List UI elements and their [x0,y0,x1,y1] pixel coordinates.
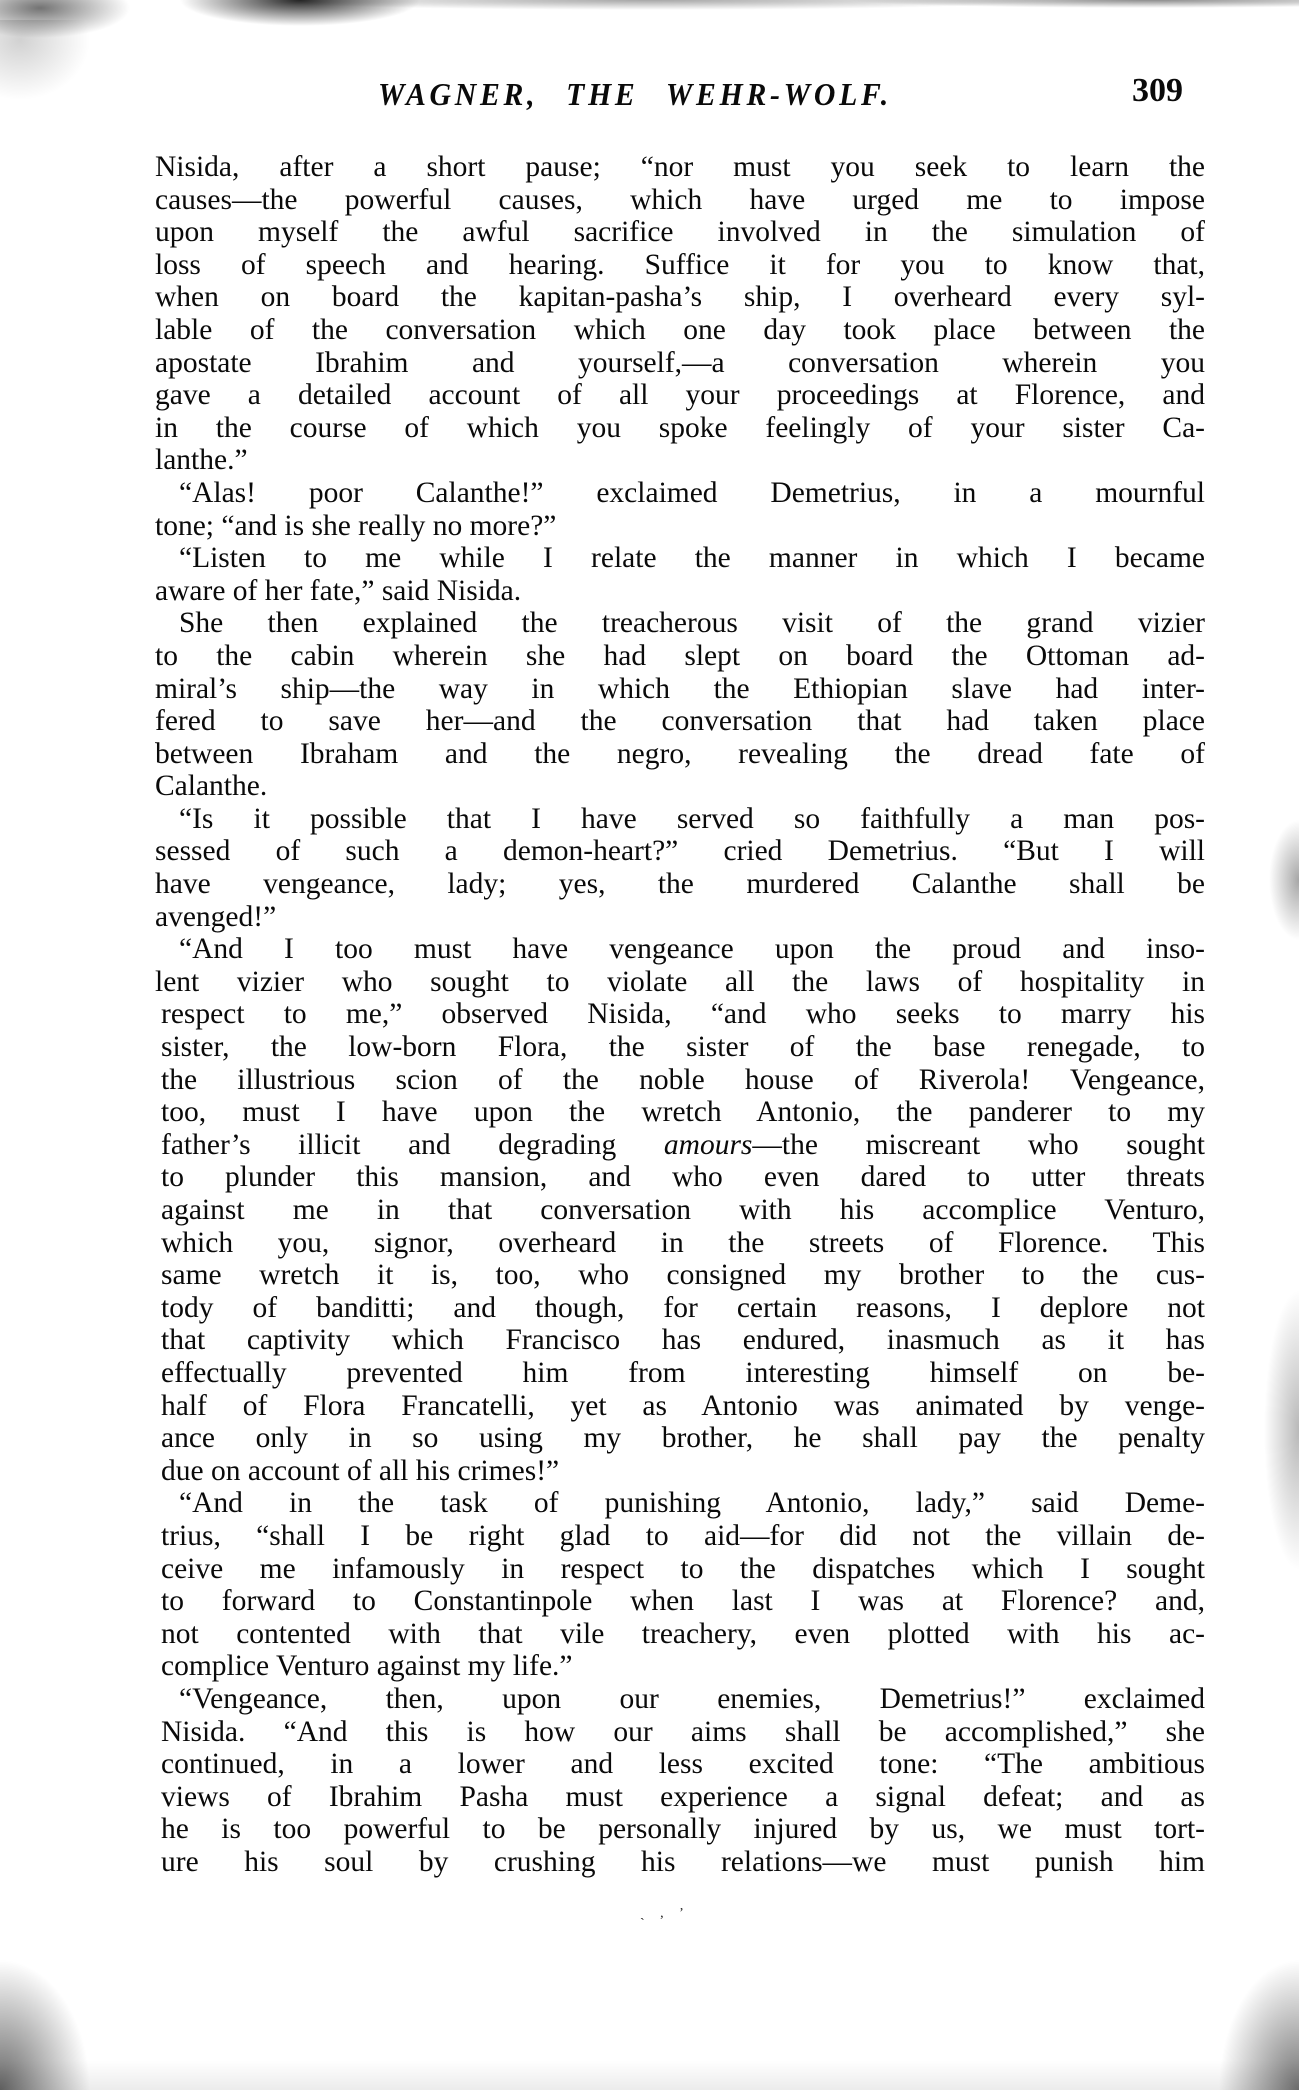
text-line: ance only in so using my brother, he sha… [155,1422,1205,1455]
text-line: “Vengeance, then, upon our enemies, Deme… [155,1683,1205,1716]
text-line: gave a detailed account of all your proc… [155,379,1205,412]
scan-noise-bottom-right [1160,1940,1299,2090]
text-line: “Is it possible that I have served so fa… [155,803,1205,836]
text-line: too, must I have upon the wretch Antonio… [155,1096,1205,1129]
stray-print-mark: ˎ , ʼ [640,1906,690,1922]
text-line: father’s illicit and degrading amours—th… [155,1129,1205,1162]
scan-noise-top [0,0,1299,44]
text-line: to plunder this mansion, and who even da… [155,1161,1205,1194]
text-line: ceive me infamously in respect to the di… [155,1553,1205,1586]
text-line: not contented with that vile treachery, … [155,1618,1205,1651]
text-line: respect to me,” observed Nisida, “and wh… [155,998,1205,1031]
text-line: same wretch it is, too, who consigned my… [155,1259,1205,1292]
text-line: “Alas! poor Calanthe!” exclaimed Demetri… [155,477,1205,510]
text-line: tone; “and is she really no more?” [155,510,1205,543]
text-line: “And I too must have vengeance upon the … [155,933,1205,966]
text-line: which you, signor, overheard in the stre… [155,1227,1205,1260]
text-line: She then explained the treacherous visit… [155,607,1205,640]
running-head: Wagner, the Wehr-Wolf. 309 [0,72,1299,116]
text-line: he is too powerful to be personally inju… [155,1813,1205,1846]
text-line: lanthe.” [155,444,1205,477]
text-line: to forward to Constantinpole when last I… [155,1585,1205,1618]
text-line: sessed of such a demon-heart?” cried Dem… [155,835,1205,868]
text-line: ure his soul by crushing his relations—w… [155,1846,1205,1879]
text-line: have vengeance, lady; yes, the murdered … [155,868,1205,901]
page-number: 309 [1132,72,1183,110]
text-line: Nisida. “And this is how our aims shall … [155,1716,1205,1749]
text-line: fered to save her—and the conversation t… [155,705,1205,738]
text-line: Calanthe. [155,770,1205,803]
text-line: miral’s ship—the way in which the Ethiop… [155,673,1205,706]
italic-word: amours [664,1129,753,1161]
scan-noise-bottom-left [0,1930,150,2090]
text-line: complice Venturo against my life.” [155,1650,1205,1683]
text-line: against me in that conversation with his… [155,1194,1205,1227]
text-line: loss of speech and hearing. Suffice it f… [155,249,1205,282]
text-line: due on account of all his crimes!” [155,1455,1205,1488]
text-line: tody of banditti; and though, for certai… [155,1292,1205,1325]
scan-noise-right-margin-lower [1255,1280,1299,1620]
scan-noise-right-margin [1260,820,1299,960]
text-line: lent vizier who sought to violate all th… [155,966,1205,999]
text-line: the illustrious scion of the noble house… [155,1064,1205,1097]
running-title: Wagner, the Wehr-Wolf. [378,76,892,113]
text-line: half of Flora Francatelli, yet as Antoni… [155,1390,1205,1423]
text-line: sister, the low-born Flora, the sister o… [155,1031,1205,1064]
text-line: continued, in a lower and less excited t… [155,1748,1205,1781]
text-line: when on board the kapitan-pasha’s ship, … [155,281,1205,314]
text-line: apostate Ibrahim and yourself,—a convers… [155,347,1205,380]
text-line: causes—the powerful causes, which have u… [155,184,1205,217]
text-line: “Listen to me while I relate the manner … [155,542,1205,575]
text-line: “And in the task of punishing Antonio, l… [155,1487,1205,1520]
text-line: lable of the conversation which one day … [155,314,1205,347]
text-line: that captivity which Francisco has endur… [155,1324,1205,1357]
text-line: effectually prevented him from interesti… [155,1357,1205,1390]
page-body-text: Nisida, after a short pause; “nor must y… [155,151,1205,1878]
text-line: upon myself the awful sacrifice involved… [155,216,1205,249]
text-line: trius, “shall I be right glad to aid—for… [155,1520,1205,1553]
scan-noise-bottom [0,2060,1299,2090]
text-line: Nisida, after a short pause; “nor must y… [155,151,1205,184]
text-line: to the cabin wherein she had slept on bo… [155,640,1205,673]
text-line: between Ibraham and the negro, revealing… [155,738,1205,771]
text-line: avenged!” [155,901,1205,934]
text-line: in the course of which you spoke feeling… [155,412,1205,445]
text-line: views of Ibrahim Pasha must experience a… [155,1781,1205,1814]
text-line: aware of her fate,” said Nisida. [155,575,1205,608]
